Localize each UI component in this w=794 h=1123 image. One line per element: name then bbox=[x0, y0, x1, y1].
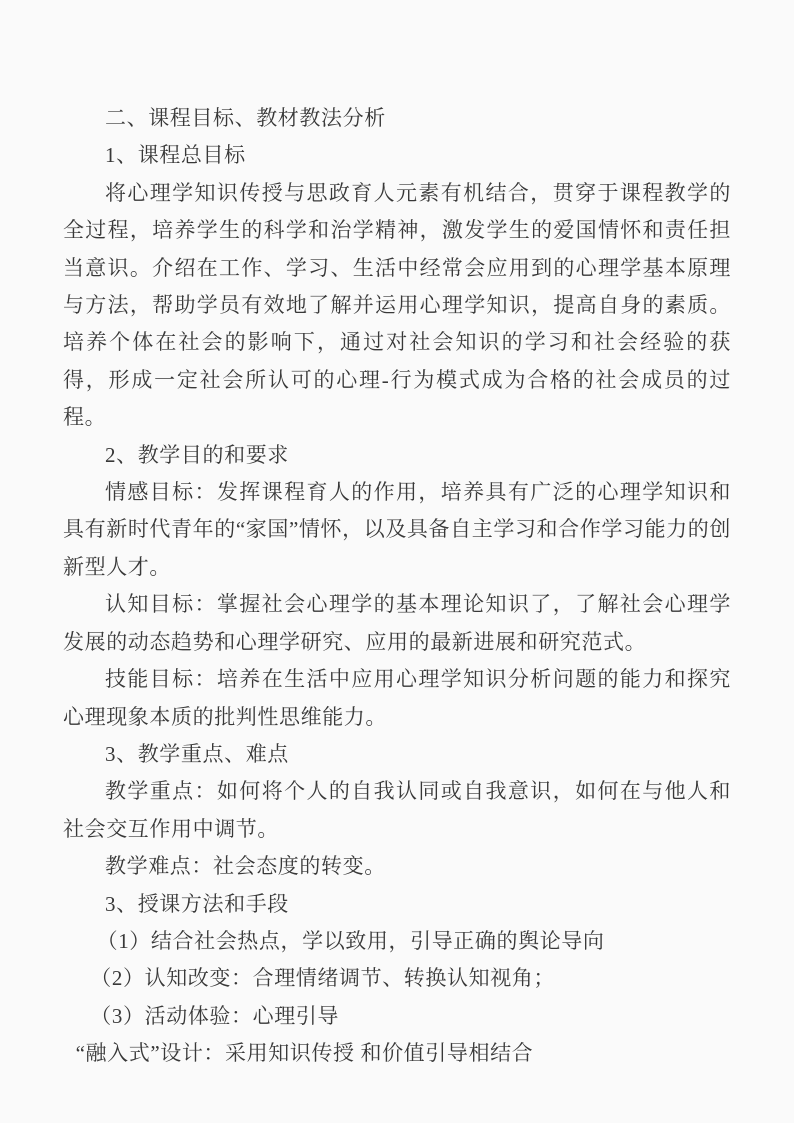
sub-heading-key-points: 3、教学重点、难点 bbox=[63, 736, 731, 773]
paragraph-affective-goal: 情感目标：发挥课程育人的作用，培养具有广泛的心理学知识和具有新时代青年的“家国”… bbox=[63, 474, 731, 586]
paragraph-teaching-focus: 教学重点：如何将个人的自我认同或自我意识，如何在与他人和社会交互作用中调节。 bbox=[63, 773, 731, 848]
paragraph-course-goal: 将心理学知识传授与思政育人元素有机结合，贯穿于课程教学的全过程，培养学生的科学和… bbox=[63, 175, 731, 437]
paragraph-cognitive-goal: 认知目标：掌握社会心理学的基本理论知识了，了解社会心理学发展的动态趋势和心理学研… bbox=[63, 586, 731, 661]
document-content: 二、课程目标、教材教法分析 1、课程总目标 将心理学知识传授与思政育人元素有机结… bbox=[63, 100, 731, 1073]
sub-heading-objectives: 2、教学目的和要求 bbox=[63, 437, 731, 474]
sub-heading-methods: 3、授课方法和手段 bbox=[63, 886, 731, 923]
paragraph-skill-goal: 技能目标：培养在生活中应用心理学知识分析问题的能力和探究心理现象本质的批判性思维… bbox=[63, 661, 731, 736]
list-item-method-1: （1）结合社会热点，学以致用，引导正确的舆论导向 bbox=[63, 923, 731, 960]
sub-heading-course-goal: 1、课程总目标 bbox=[63, 137, 731, 174]
section-heading: 二、课程目标、教材教法分析 bbox=[63, 100, 731, 137]
closing-line-design: “融入式”设计：采用知识传授 和价值引导相结合 bbox=[63, 1035, 731, 1072]
paragraph-difficulty: 教学难点：社会态度的转变。 bbox=[63, 848, 731, 885]
list-item-method-2: （2）认知改变：合理情绪调节、转换认知视角； bbox=[63, 960, 731, 997]
list-item-method-3: （3）活动体验：心理引导 bbox=[63, 998, 731, 1035]
document-page: 二、课程目标、教材教法分析 1、课程总目标 将心理学知识传授与思政育人元素有机结… bbox=[0, 0, 794, 1123]
